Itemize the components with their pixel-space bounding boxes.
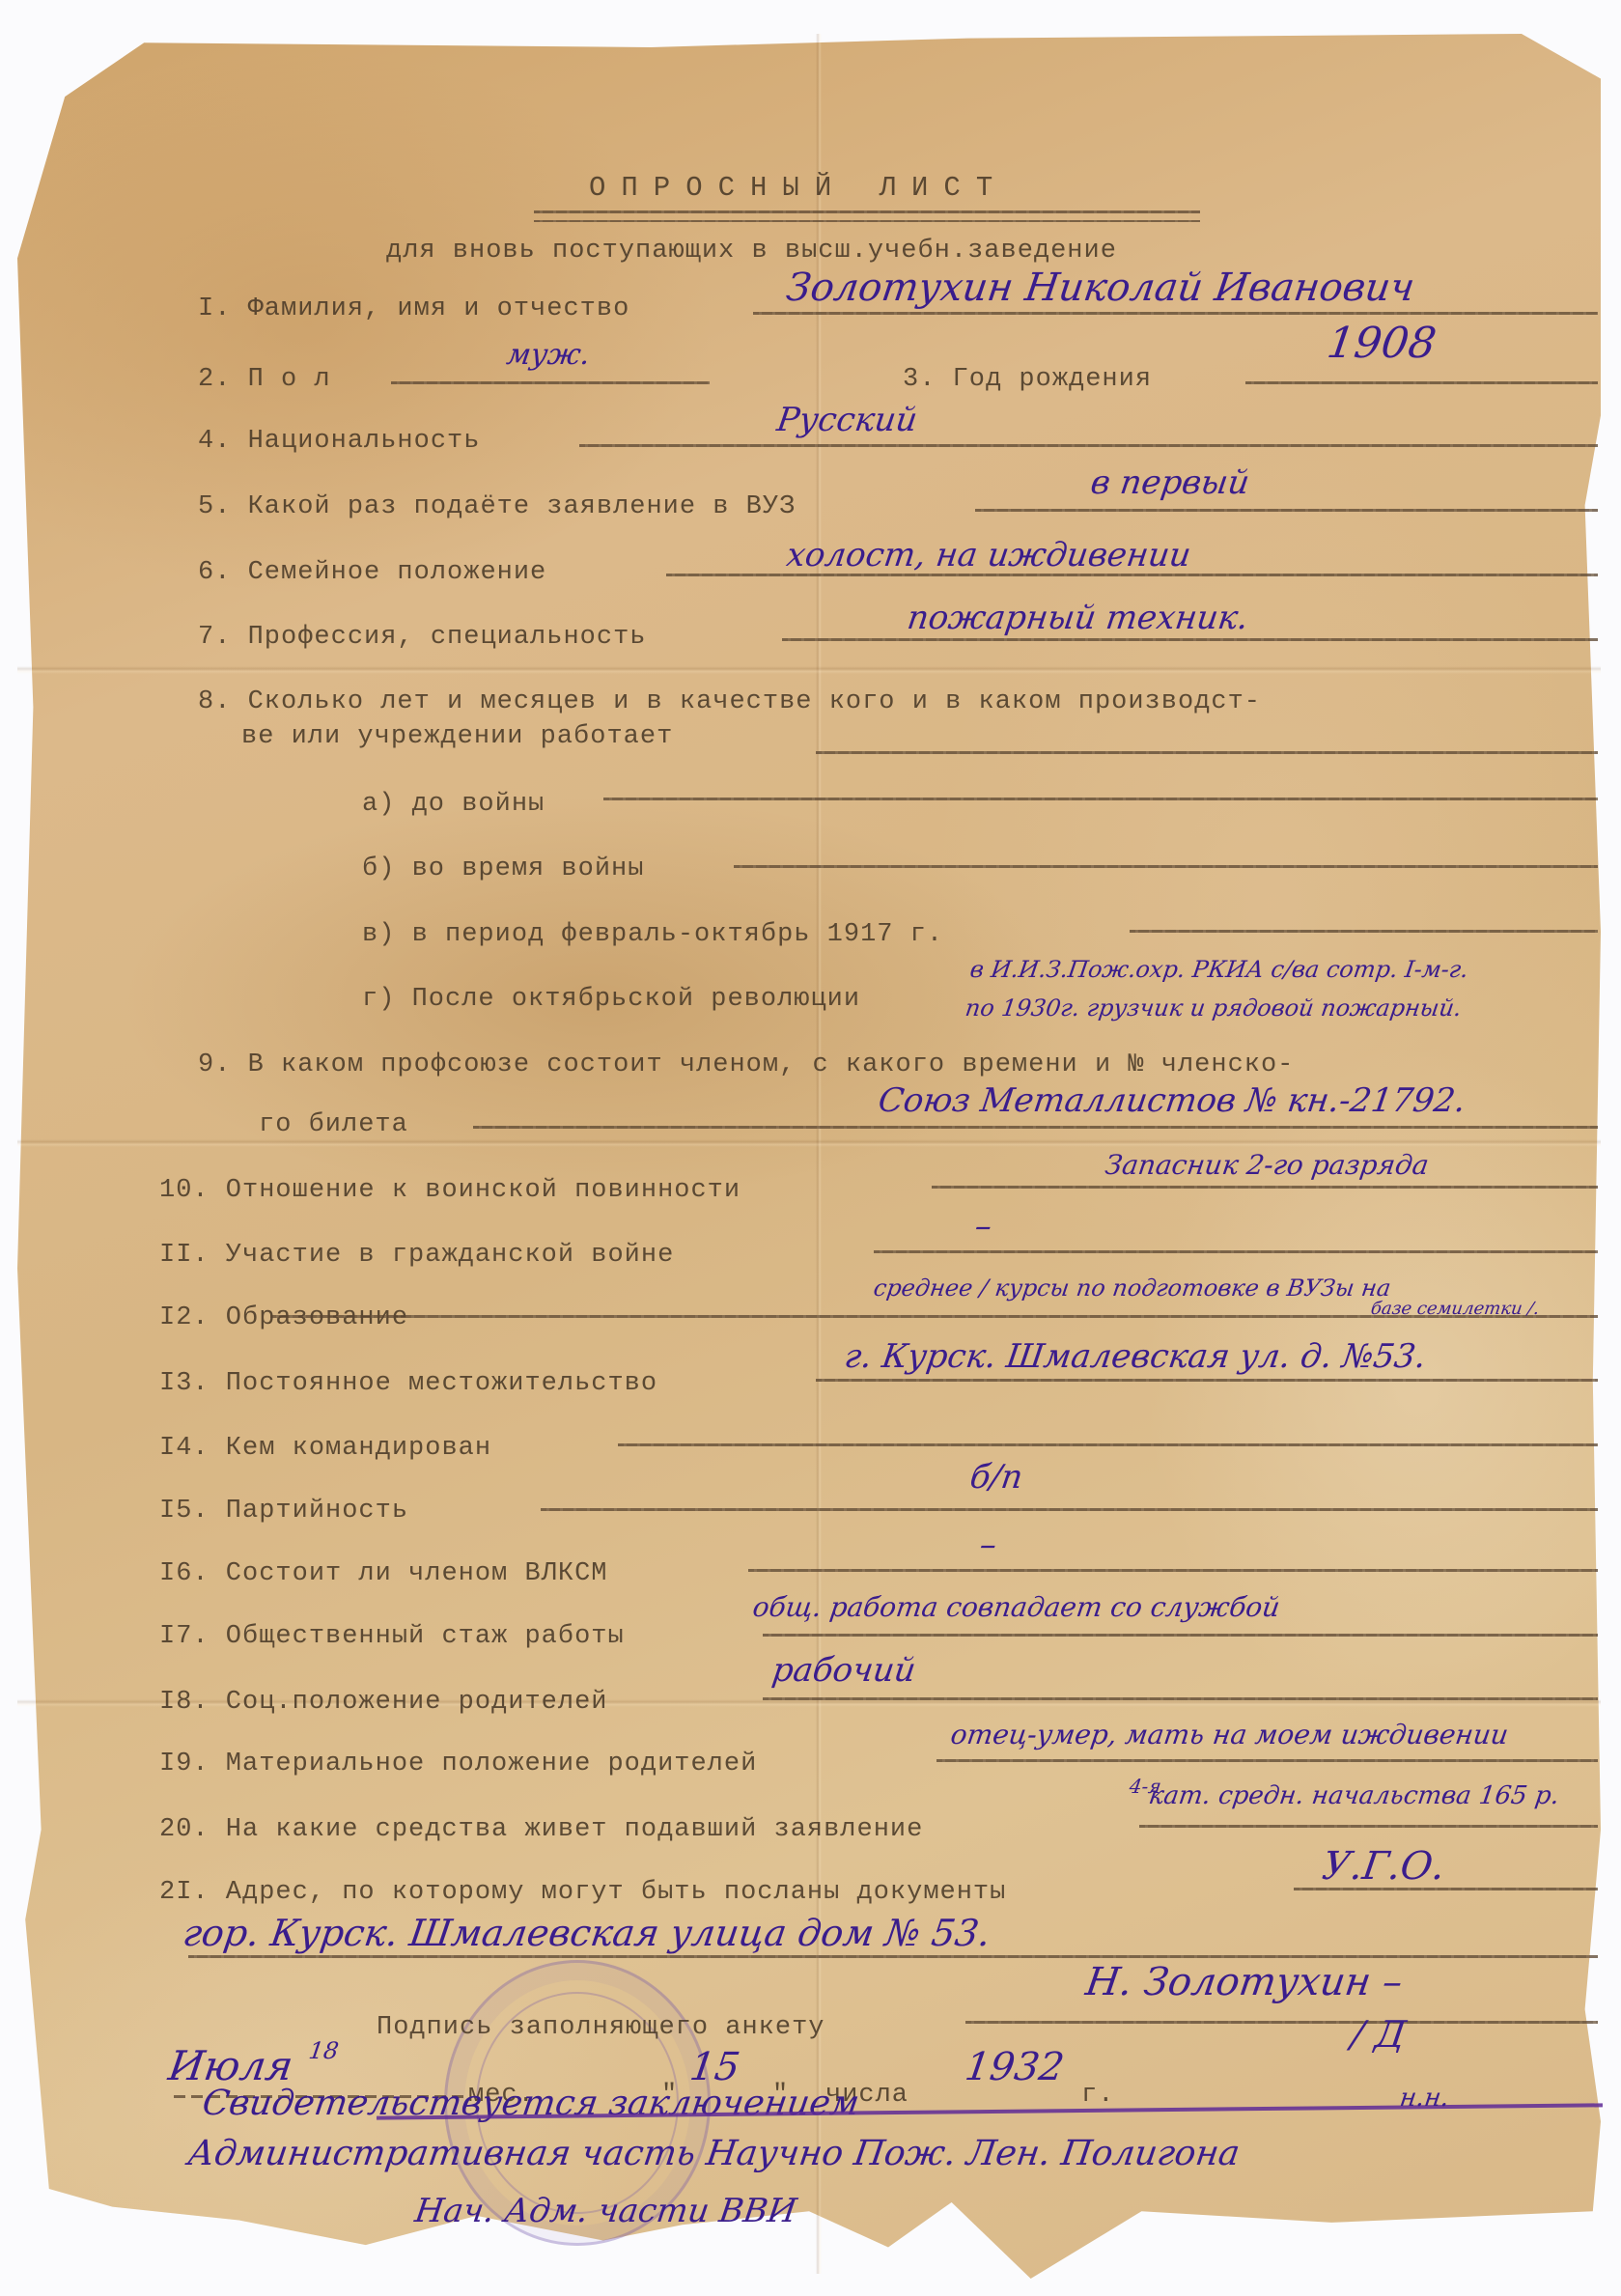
document-title: ОПРОСНЫЙ ЛИСТ <box>589 172 1008 204</box>
handwritten-answer: по 1930г. грузчик и рядовой пожарный. <box>964 994 1464 1022</box>
handwritten-answer: Союз Металлистов № кн.-21792. <box>876 1081 1467 1120</box>
handwritten-answer: г. Курск. Шмалевская ул. д. №53. <box>842 1337 1428 1376</box>
field-label: б) во время войны <box>362 854 644 883</box>
applicant-signature: Н. Золотухин – <box>1083 1960 1406 2004</box>
field-label: I7. Общественный стаж работы <box>159 1622 625 1651</box>
handwritten-answer: кат. средн. начальства 165 р. <box>1147 1781 1561 1810</box>
field-label: I4. Кем командирован <box>159 1434 491 1463</box>
answer-line <box>932 1186 1598 1189</box>
field-label: II. Участие в гражданской войне <box>159 1241 674 1270</box>
field-label: I. Фамилия, имя и отчество <box>198 294 629 323</box>
date-year: 1932 <box>963 2045 1067 2089</box>
field-label: 8. Сколько лет и месяцев и в качестве ко… <box>198 687 1261 716</box>
certification-line3: Нач. Адм. части ВВИ <box>412 2192 798 2230</box>
answer-line <box>763 1634 1598 1637</box>
answer-line <box>1139 1825 1598 1828</box>
handwritten-answer: б/п <box>967 1458 1025 1497</box>
document-subtitle: для вновь поступающих в высш.учебн.завед… <box>386 237 1117 266</box>
field-label: 5. Какой раз подаёте заявление в ВУЗ <box>198 492 796 521</box>
field-label: 6. Семейное положение <box>198 558 546 587</box>
handwritten-answer: общ. работа совпадает со службой <box>751 1591 1282 1623</box>
title-underline <box>534 210 1200 213</box>
field-label: го билета <box>259 1110 408 1139</box>
answer-line <box>874 1250 1598 1253</box>
handwritten-answer: У.Г.О. <box>1320 1844 1448 1889</box>
answer-line <box>603 798 1598 800</box>
handwritten-answer: отец-умер, мать на моем иждивении <box>949 1719 1511 1750</box>
field-label: ве или учреждении работает <box>241 722 673 751</box>
field-label: 10. Отношение к воинской повинности <box>159 1176 741 1205</box>
answer-line <box>1130 930 1598 933</box>
field-label: I6. Состоит ли членом ВЛКСМ <box>159 1559 607 1588</box>
answer-line <box>1245 381 1598 384</box>
field-label: в) в период февраль-октябрь 1917 г. <box>362 920 943 949</box>
signature-label: Подпись заполняющего анкету <box>377 2013 824 2042</box>
title-underline <box>534 220 1200 222</box>
handwritten-answer: пожарный техник. <box>905 599 1250 637</box>
field-label: I9. Материальное положение родителей <box>159 1750 757 1778</box>
answer-line <box>975 509 1598 512</box>
field-label: 2. П о л <box>198 365 331 394</box>
answer-line <box>748 1569 1598 1572</box>
answer-line <box>579 444 1598 447</box>
handwritten-answer: муж. <box>505 338 593 372</box>
answer-line <box>816 1379 1598 1382</box>
answer-line <box>473 1126 1598 1129</box>
field-label: 4. Национальность <box>198 427 480 456</box>
field-label: I3. Постоянное местожительство <box>159 1369 657 1398</box>
handwritten-answer: в И.И.З.Пож.охр. РКИА с/ва сотр. I-м-г. <box>968 956 1470 983</box>
handwritten-answer: гор. Курск. Шмалевская улица дом № 53. <box>181 1912 993 1954</box>
answer-line <box>734 865 1598 868</box>
answer-line <box>782 638 1598 641</box>
field-label: I8. Соц.положение родителей <box>159 1688 607 1717</box>
certification-line2: Административная часть Научно Пож. Лен. … <box>185 2134 1243 2173</box>
field-label: 20. На какие средства живет подавший зая… <box>159 1815 923 1844</box>
answer-line <box>753 312 1598 315</box>
answer-line <box>391 381 710 384</box>
field-label: а) до войны <box>362 790 545 819</box>
field-label: I5. Партийность <box>159 1497 408 1526</box>
handwritten-answer: рабочий <box>769 1651 918 1690</box>
handwritten-answer: Запасник 2-го разряда <box>1104 1149 1431 1181</box>
field-label: 7. Профессия, специальность <box>198 623 646 652</box>
date-year-label: г. <box>1081 2081 1114 2110</box>
signature-line <box>965 2021 1598 2024</box>
answer-line <box>763 1697 1598 1700</box>
handwritten-answer: Золотухин Николай Иванович <box>784 266 1417 310</box>
answer-line <box>618 1443 1598 1446</box>
handwritten-answer: Русский <box>774 401 919 439</box>
signature-mark: / Д <box>1349 2013 1409 2056</box>
date-month-handwritten: Июля <box>166 2042 296 2089</box>
date-month-sup: 18 <box>307 2037 340 2064</box>
horizontal-fold-crease <box>17 666 1601 674</box>
horizontal-fold-crease <box>17 1139 1601 1147</box>
handwritten-answer: среднее / курсы по подготовке в ВУЗы на <box>872 1274 1392 1302</box>
field-label: 3. Год рождения <box>903 365 1152 394</box>
answer-line <box>816 751 1598 754</box>
field-label: г) После октябрьской революции <box>362 985 860 1014</box>
answer-line <box>541 1508 1598 1511</box>
field-label: 2I. Адрес, по которому могут быть послан… <box>159 1878 1006 1907</box>
field-label: 9. В каком профсоюзе состоит членом, с к… <box>198 1050 1294 1079</box>
handwritten-answer: в первый <box>1088 463 1251 502</box>
certification-initials: н.н. <box>1398 2084 1451 2113</box>
answer-line <box>188 1955 1598 1958</box>
handwritten-answer: 1908 <box>1324 319 1439 368</box>
handwritten-answer: базе семилетки /. <box>1370 1299 1541 1319</box>
answer-line <box>936 1759 1598 1762</box>
field-label: I2. Образование <box>159 1303 408 1332</box>
handwritten-answer: холост, на иждивении <box>784 536 1193 574</box>
